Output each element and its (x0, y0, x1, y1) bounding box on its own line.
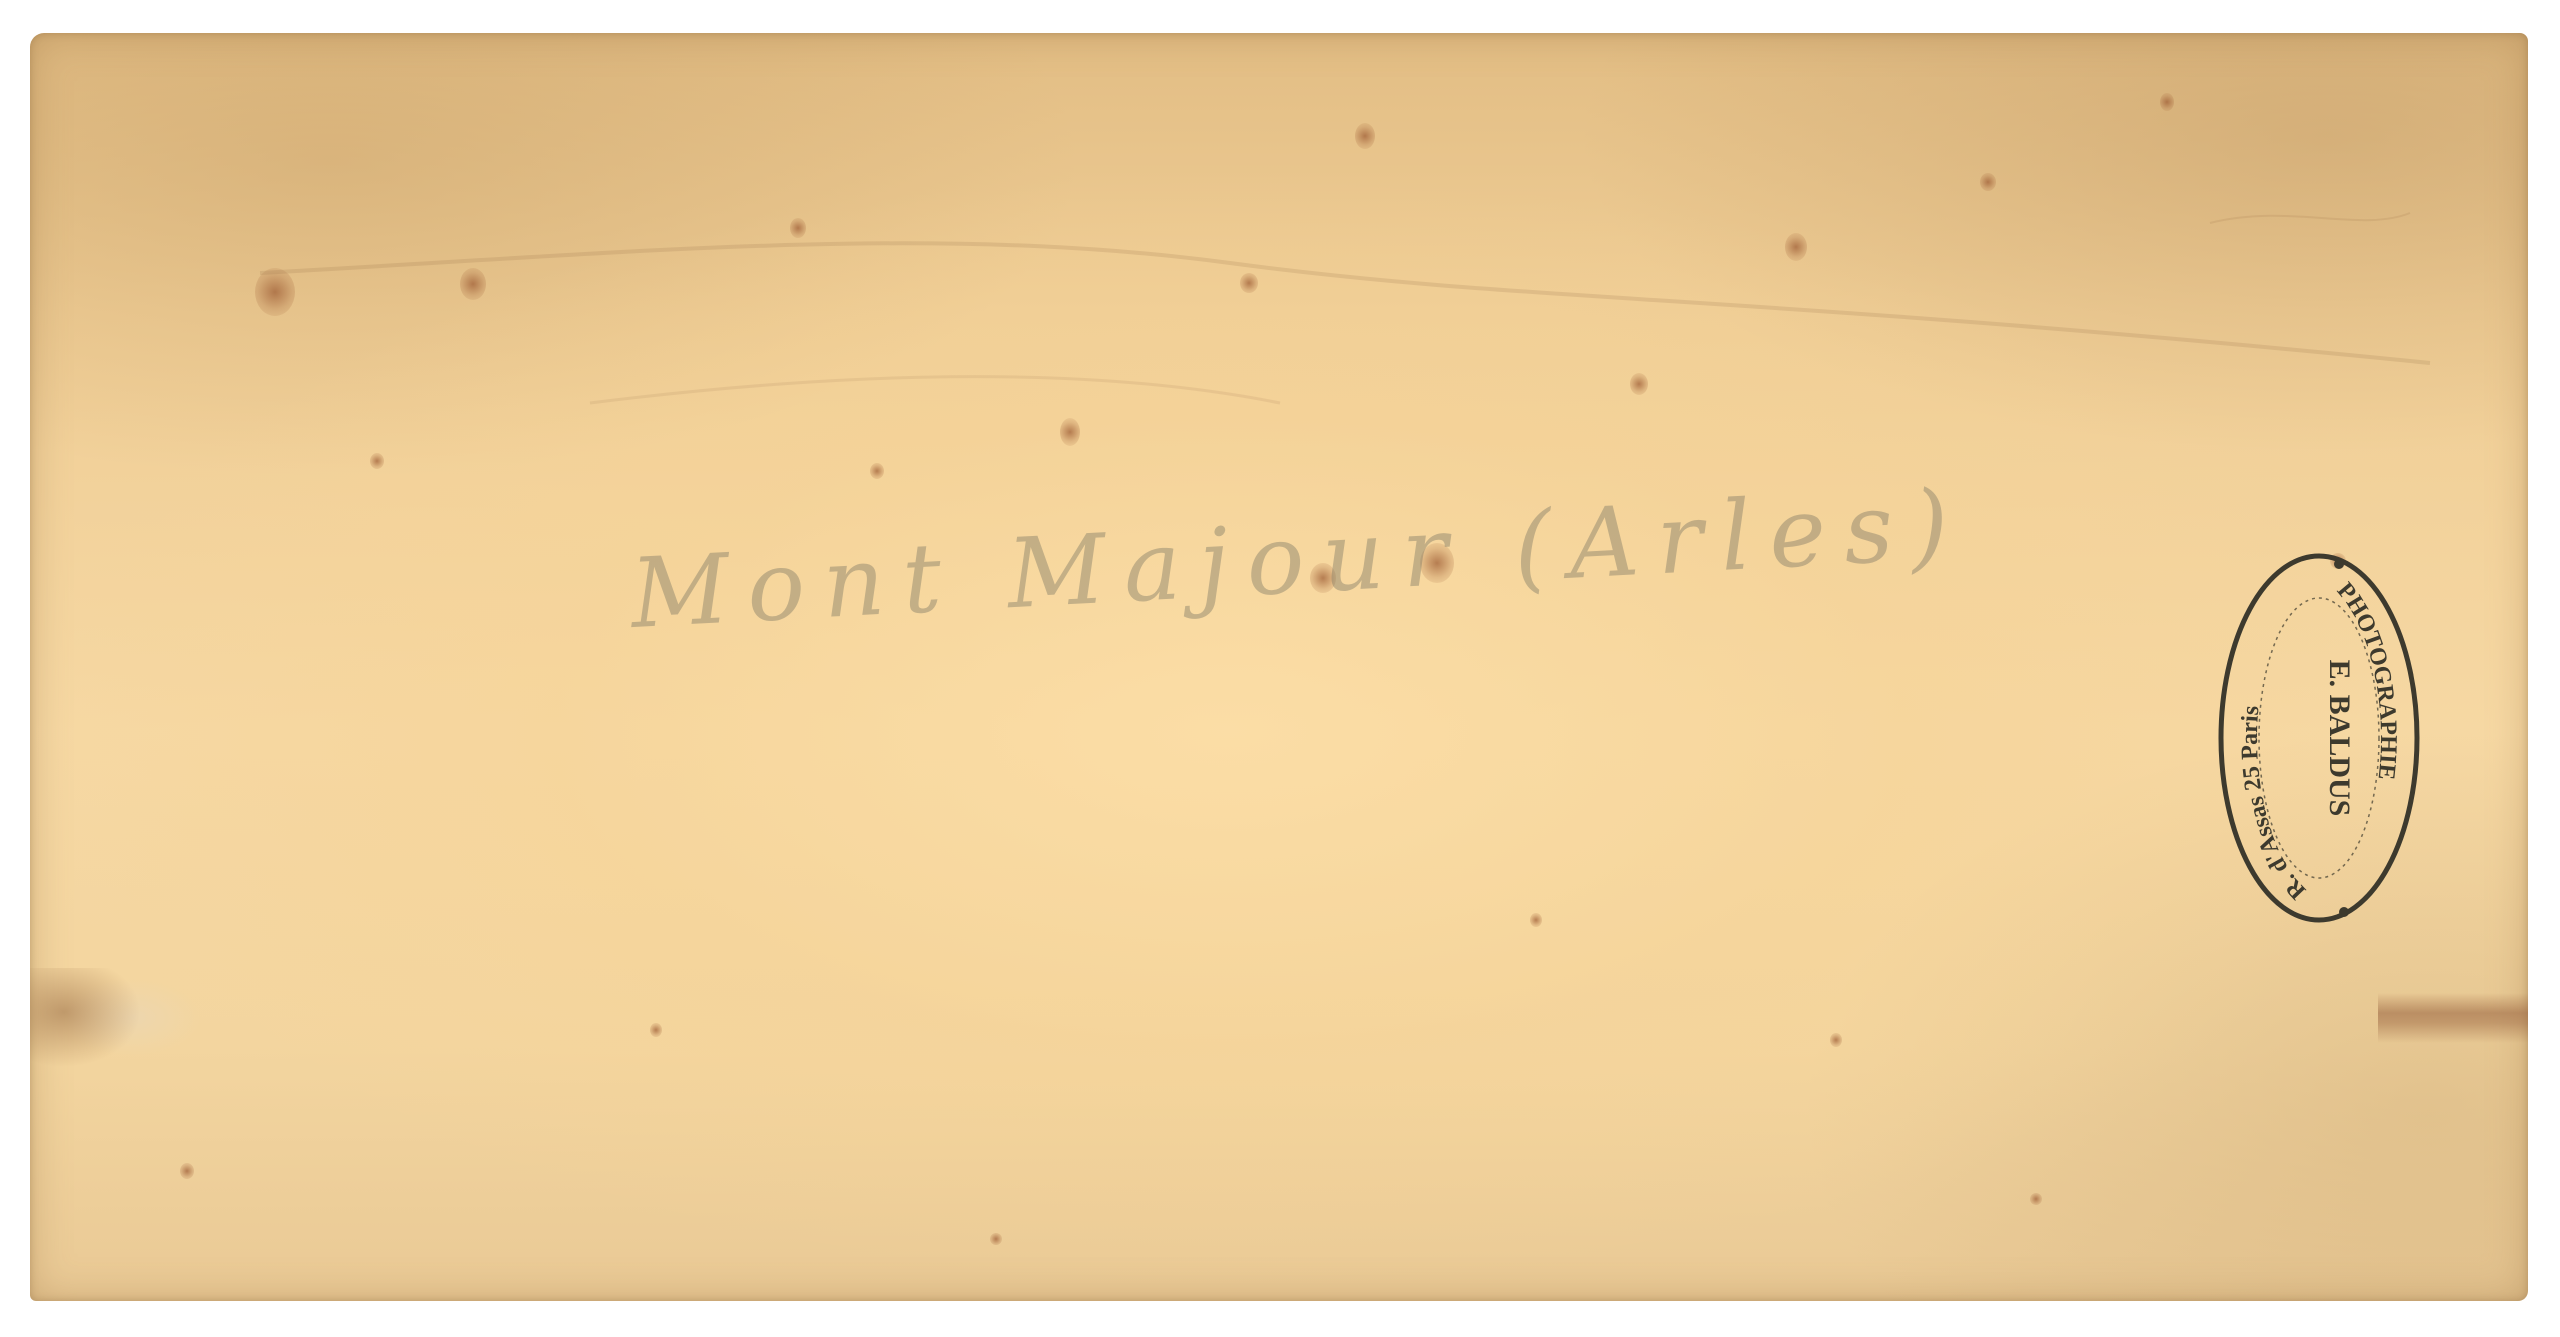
stain-right (2378, 993, 2528, 1043)
stamp-center-text: E. BALDUS (2323, 660, 2356, 817)
scan-canvas: Mont Majour (Arles) PHOTOGRAPHIE R. d'As… (0, 0, 2560, 1337)
stamp-graphic: PHOTOGRAPHIE R. d'Assas 25 Paris E. BALD… (2214, 548, 2424, 928)
stamp-bottom-text: R. d'Assas 25 Paris (2237, 705, 2311, 904)
mount-card: Mont Majour (Arles) (30, 33, 2528, 1301)
paper-crease (30, 33, 2528, 1301)
photographer-stamp: PHOTOGRAPHIE R. d'Assas 25 Paris E. BALD… (2214, 548, 2424, 928)
stain-left (30, 968, 200, 1078)
